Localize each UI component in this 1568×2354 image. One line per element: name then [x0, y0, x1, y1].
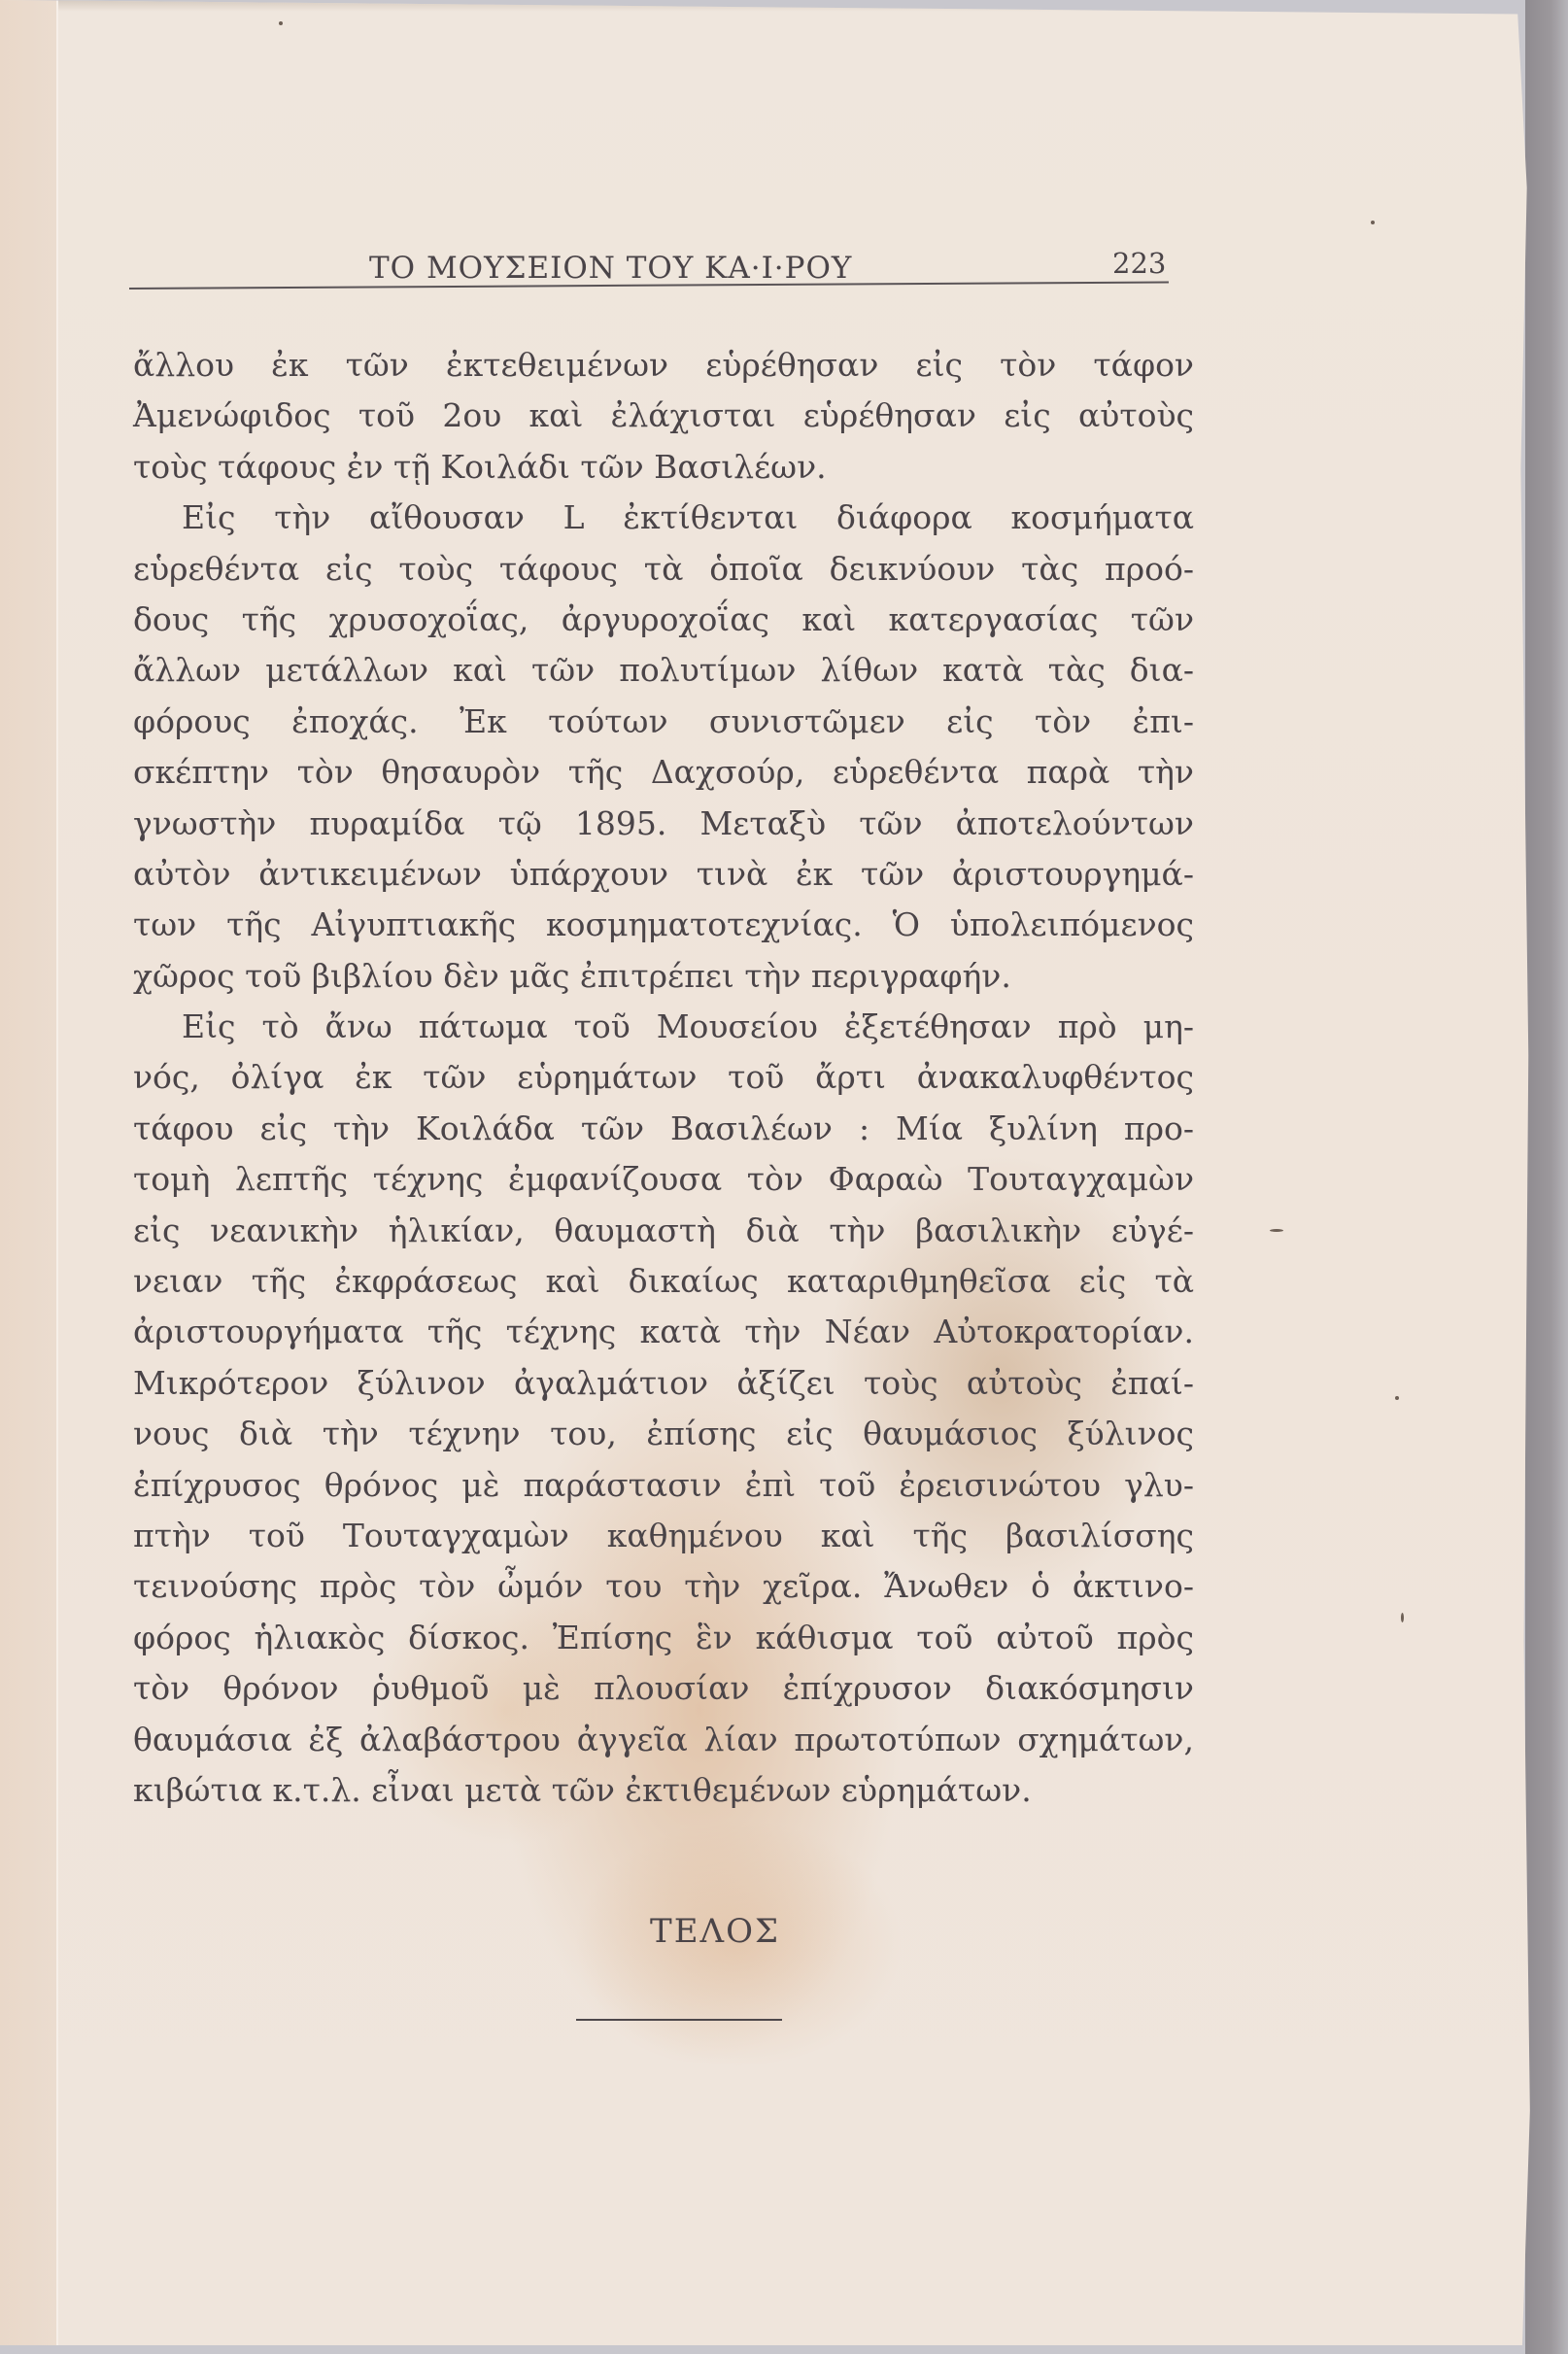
text-line: χῶρος τοῦ βιβλίου δὲν μᾶς ἐπιτρέπει τὴν … [133, 951, 1194, 1002]
paper-speck [1401, 1613, 1404, 1622]
text-line: νους διὰ τὴν τέχνην του, ἐπίσης εἰς θαυμ… [133, 1409, 1194, 1459]
text-line: Ἀμενώφιδος τοῦ 2ου καὶ ἐλάχισται εὑρέθησ… [133, 391, 1194, 441]
body-text: ἄλλου ἐκ τῶν ἐκτεθειμένων εὑρέθησαν εἰς … [133, 340, 1194, 1816]
text-line: γνωστὴν πυραμίδα τῷ 1895. Μεταξὺ τῶν ἀπο… [133, 799, 1194, 849]
paper-speck [1371, 221, 1375, 224]
text-line: δους τῆς χρυσοχοΐας, ἀργυροχοΐας καὶ κατ… [133, 595, 1194, 645]
end-rule [576, 2019, 782, 2021]
paragraph-start-line: Εἰς τὴν αἴθουσαν L ἐκτίθενται διάφορα κο… [133, 493, 1194, 543]
text-line: κιβώτια κ.τ.λ. εἶναι μετὰ τῶν ἐκτιθεμένω… [133, 1765, 1194, 1816]
text-line: αὐτὸν ἀντικειμένων ὑπάρχουν τινὰ ἐκ τῶν … [133, 849, 1194, 900]
paper-speck [1270, 1229, 1283, 1232]
text-line: πτὴν τοῦ Τουταγχαμὼν καθημένου καὶ τῆς β… [133, 1511, 1194, 1561]
text-line: εὑρεθέντα εἰς τοὺς τάφους τὰ ὁποῖα δεικν… [133, 544, 1194, 595]
running-head-title: ΤΟ ΜΟΥΣΕΙΟΝ ΤΟΥ ΚΑ·Ι·ΡΟΥ [369, 251, 852, 286]
page-fold-strip [0, 0, 58, 2345]
scan-background [1525, 0, 1568, 2354]
text-line: σκέπτην τὸν θησαυρὸν τῆς Δαχσούρ, εὑρεθέ… [133, 747, 1194, 798]
page-number: 223 [1112, 247, 1166, 280]
paper-speck [279, 21, 283, 25]
text-line: τοὺς τάφους ἐν τῇ Κοιλάδι τῶν Βασιλέων. [133, 442, 1194, 493]
paper-speck [1395, 1396, 1399, 1400]
text-line: ἄλλων μετάλλων καὶ τῶν πολυτίμων λίθων κ… [133, 645, 1194, 696]
text-line: ἀριστουργήματα τῆς τέχνης κατὰ τὴν Νέαν … [133, 1307, 1194, 1357]
text-line: θαυμάσια ἐξ ἀλαβάστρου ἀγγεῖα λίαν πρωτο… [133, 1715, 1194, 1765]
text-line: τὸν θρόνον ῥυθμοῦ μὲ πλουσίαν ἐπίχρυσον … [133, 1663, 1194, 1714]
text-line: ἐπίχρυσος θρόνος μὲ παράστασιν ἐπὶ τοῦ ἐ… [133, 1460, 1194, 1511]
text-line: φόρος ἡλιακὸς δίσκος. Ἐπίσης ἓν κάθισμα … [133, 1613, 1194, 1663]
text-line: τομὴ λεπτῆς τέχνης ἐμφανίζουσα τὸν Φαραὼ… [133, 1154, 1194, 1205]
end-mark: ΤΕΛΟΣ [569, 1912, 861, 1951]
text-line: τάφου εἰς τὴν Κοιλάδα τῶν Βασιλέων : Μία… [133, 1104, 1194, 1154]
text-line: νός, ὀλίγα ἐκ τῶν εὑρημάτων τοῦ ἄρτι ἀνα… [133, 1052, 1194, 1103]
text-line: ἄλλου ἐκ τῶν ἐκτεθειμένων εὑρέθησαν εἰς … [133, 340, 1194, 391]
paragraph-start-line: Εἰς τὸ ἄνω πάτωμα τοῦ Μουσείου ἐξετέθησα… [133, 1002, 1194, 1052]
text-line: Μικρότερον ξύλινον ἀγαλμάτιον ἀξίζει τοὺ… [133, 1358, 1194, 1409]
text-line: νειαν τῆς ἐκφράσεως καὶ δικαίως καταριθμ… [133, 1256, 1194, 1307]
text-line: εἰς νεανικὴν ἡλικίαν, θαυμαστὴ διὰ τὴν β… [133, 1206, 1194, 1256]
text-line: φόρους ἐποχάς. Ἐκ τούτων συνιστῶμεν εἰς … [133, 697, 1194, 747]
page-top-edge [58, 0, 1525, 12]
book-page: ΤΟ ΜΟΥΣΕΙΟΝ ΤΟΥ ΚΑ·Ι·ΡΟΥ 223 ἄλλου ἐκ τῶ… [0, 0, 1533, 2345]
text-line: των τῆς Αἰγυπτιακῆς κοσμηματοτεχνίας. Ὁ … [133, 900, 1194, 950]
text-line: τεινούσης πρὸς τὸν ὦμόν του τὴν χεῖρα. Ἄ… [133, 1561, 1194, 1612]
